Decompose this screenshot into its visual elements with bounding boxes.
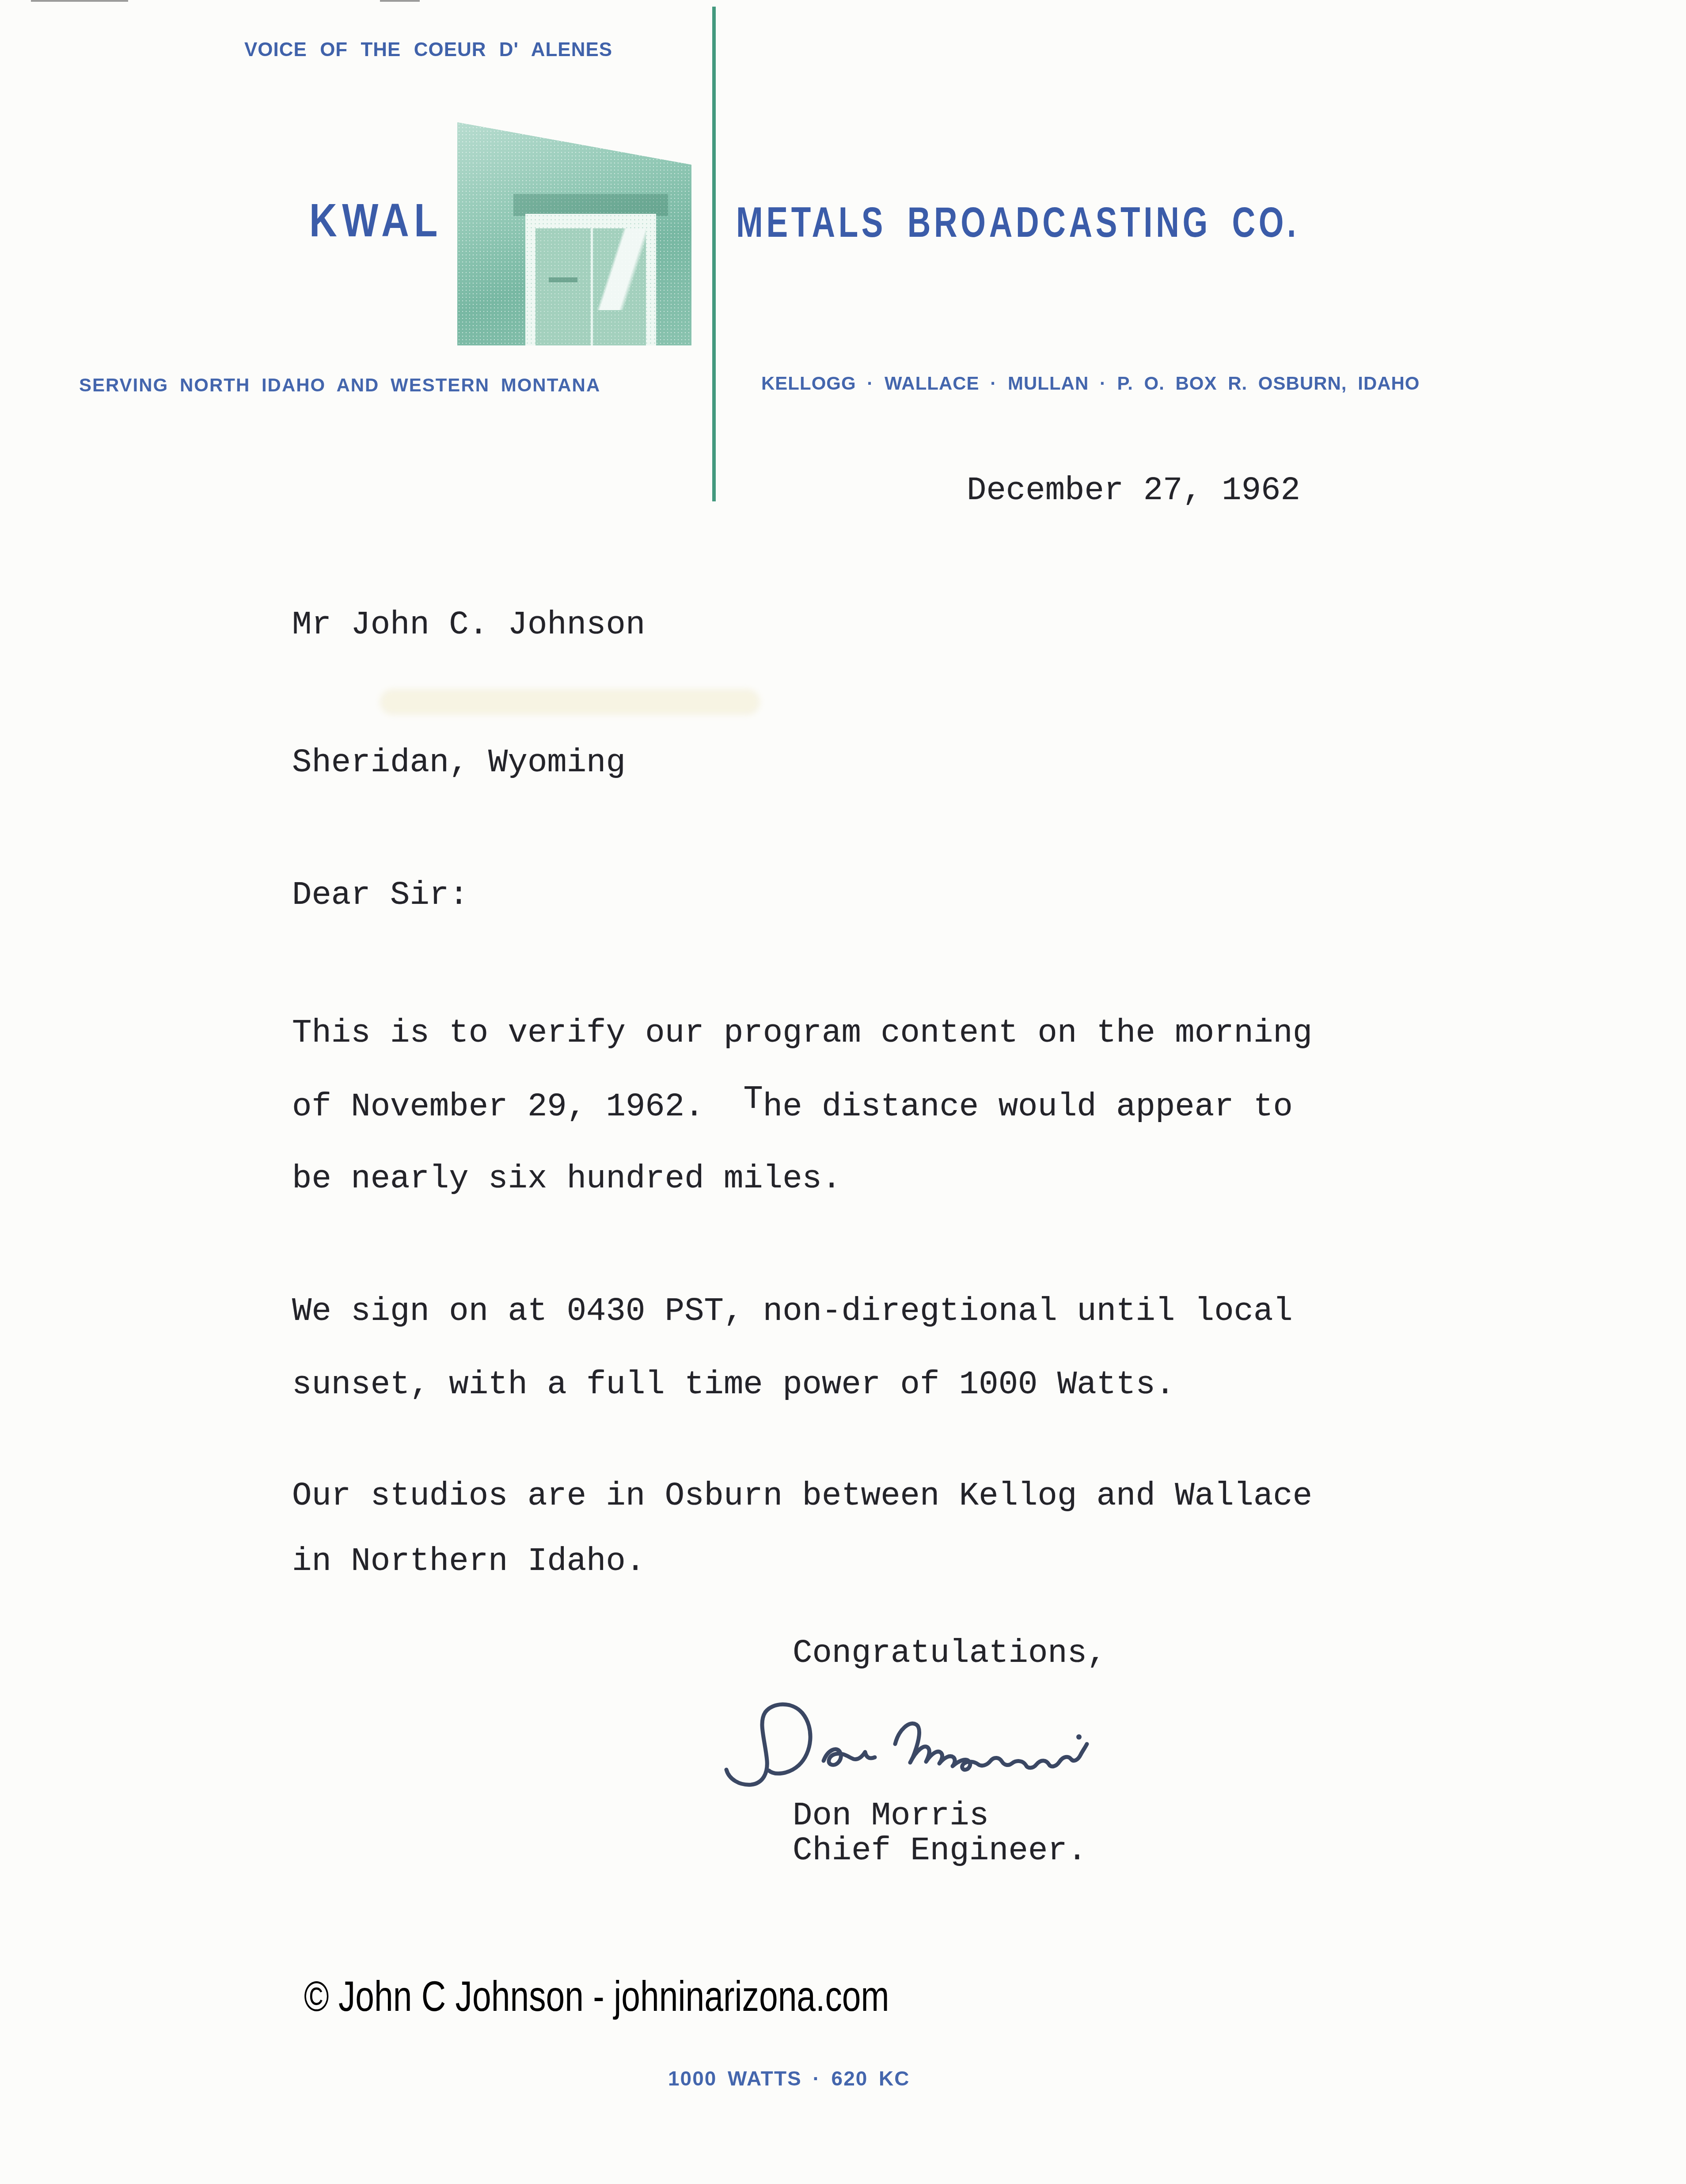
station-door-illustration	[457, 122, 691, 345]
paragraph1-line2: of November 29, 1962. The distance would…	[292, 1091, 1293, 1123]
door-frame	[525, 214, 657, 345]
locations-line: KELLOGG · WALLACE · MULLAN · P. O. BOX R…	[761, 373, 1420, 394]
paragraph1-line2-post: he distance would appear to	[763, 1088, 1293, 1126]
signature-stroke-morris	[895, 1724, 1087, 1770]
copyright-watermark: © John C Johnson - johninarizona.com	[304, 1975, 889, 2018]
paragraph3-line2: in Northern Idaho.	[292, 1545, 645, 1578]
raised-typewriter-letter: T	[743, 1081, 763, 1118]
station-info-line: 1000 WATTS · 620 KC	[668, 2066, 910, 2090]
double-doors	[535, 228, 646, 345]
scanned-letter-page: VOICE OF THE COEUR D' ALENES KWAL METALS…	[0, 0, 1686, 2184]
signed-title: Chief Engineer.	[793, 1835, 1087, 1867]
signature-stroke-d	[726, 1704, 810, 1785]
scan-artifact	[380, 0, 420, 2]
signature-don-morris	[720, 1691, 1127, 1801]
vertical-divider-rule	[712, 7, 716, 501]
paragraph2-line1: We sign on at 0430 PST, non-diregtional …	[292, 1295, 1293, 1328]
recipient-city: Sheridan, Wyoming	[292, 747, 626, 779]
door-slot	[549, 277, 577, 282]
signature-i-dot	[1076, 1734, 1082, 1740]
recipient-name: Mr John C. Johnson	[292, 609, 645, 641]
paragraph1-line3: be nearly six hundred miles.	[292, 1163, 841, 1195]
scan-artifact	[31, 0, 128, 2]
company-name: METALS BROADCASTING CO.	[736, 201, 1299, 244]
letter-date: December 27, 1962	[967, 474, 1300, 507]
paper-smudge	[380, 689, 760, 715]
salutation: Dear Sir:	[292, 879, 469, 912]
paragraph3-line1: Our studios are in Osburn between Kellog…	[292, 1480, 1312, 1513]
paragraph2-line2: sunset, with a full time power of 1000 W…	[292, 1369, 1175, 1401]
station-call-letters: KWAL	[309, 197, 443, 244]
signature-stroke-on	[824, 1749, 875, 1765]
closing-line: Congratulations,	[793, 1637, 1107, 1670]
paragraph1-line1: This is to verify our program content on…	[292, 1017, 1312, 1050]
paragraph1-line2-pre: of November 29, 1962.	[292, 1088, 743, 1126]
door-split-line	[591, 228, 593, 345]
door-lintel-shading	[513, 194, 668, 216]
door-light-streak	[593, 228, 646, 311]
signed-name: Don Morris	[793, 1800, 989, 1832]
serving-line: SERVING NORTH IDAHO AND WESTERN MONTANA	[79, 375, 600, 396]
letterhead-tagline: VOICE OF THE COEUR D' ALENES	[244, 39, 612, 61]
